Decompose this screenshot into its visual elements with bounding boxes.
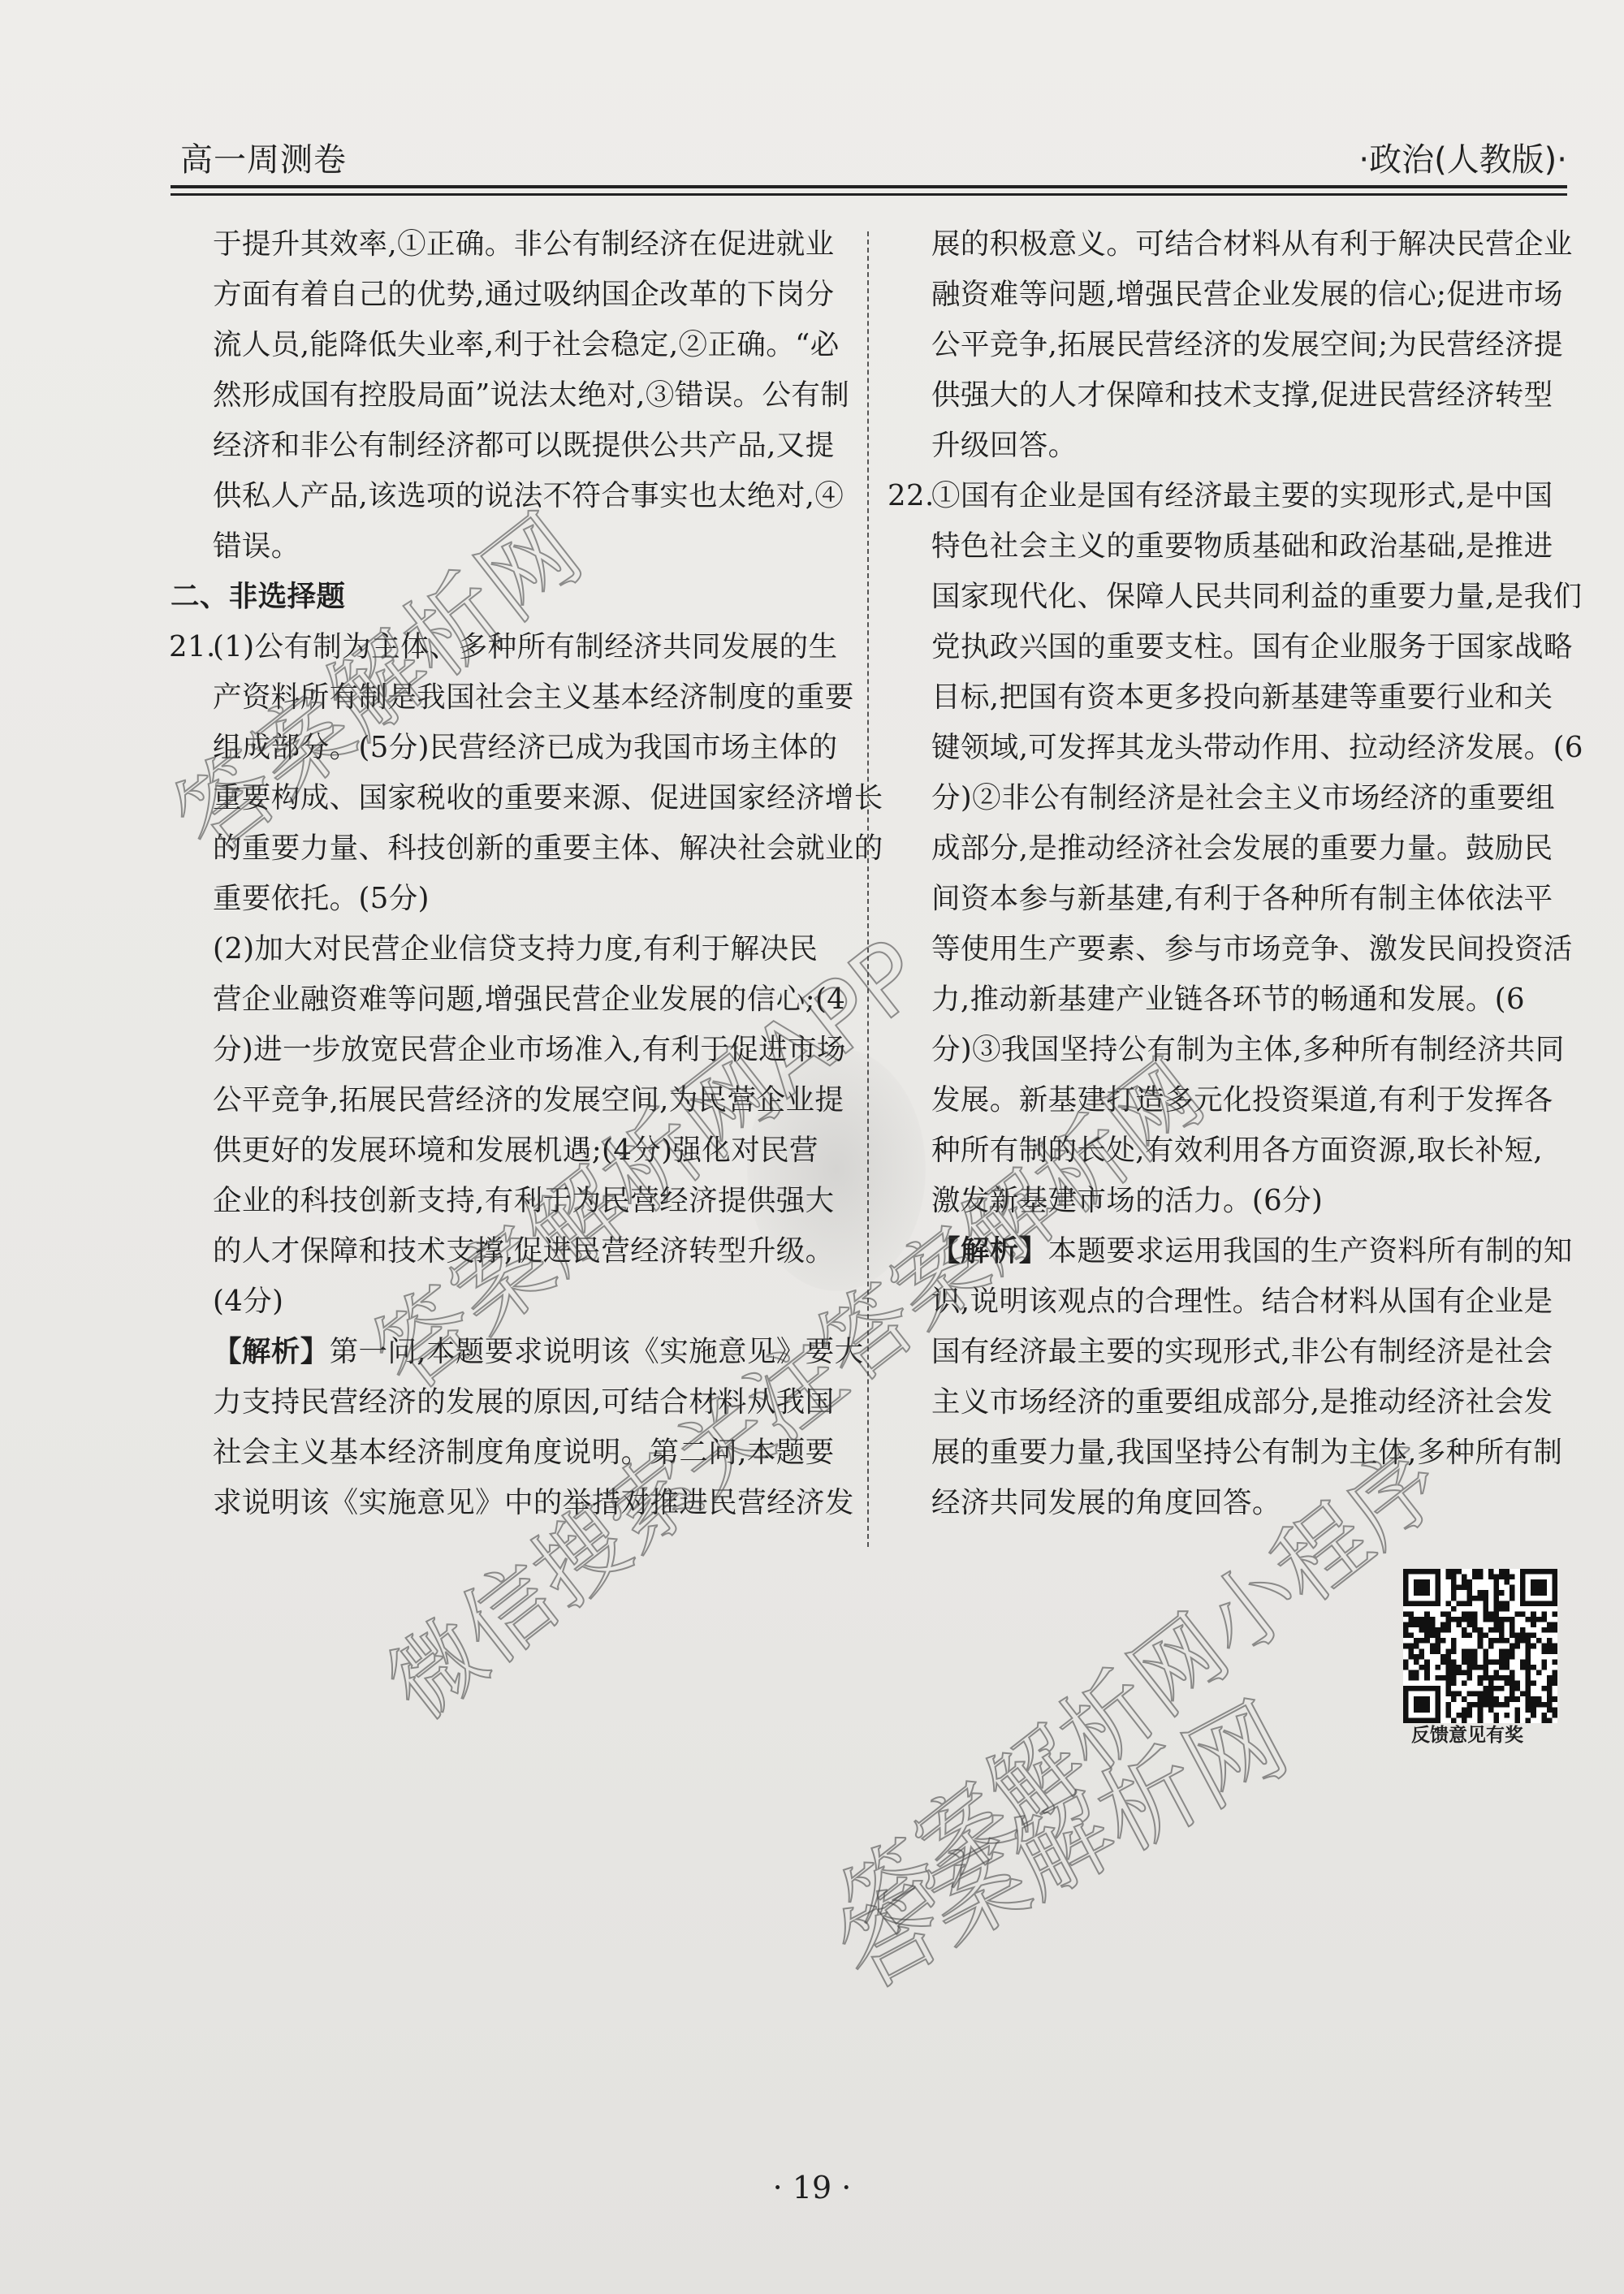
text-line: 国家现代化、保障人民共同利益的重要力量,是我们	[881, 572, 1563, 622]
question-number: 22.	[888, 471, 935, 521]
right-column: 展的积极意义。可结合材料从有利于解决民营企业融资难等问题,增强民营企业发展的信心…	[881, 219, 1563, 1528]
text-line: 种所有制的长处,有效利用各方面资源,取长补短,	[881, 1125, 1563, 1176]
text-line: 分)进一步放宽民营企业市场准入,有利于促进市场	[162, 1025, 844, 1075]
line-text: 本题要求运用我国的生产资料所有制的知	[1048, 1234, 1573, 1268]
left-column: 于提升其效率,①正确。非公有制经济在促进就业方面有着自己的优势,通过吸纳国企改革…	[162, 219, 844, 1528]
text-line: 错误。	[162, 521, 844, 572]
text-line: 展的积极意义。可结合材料从有利于解决民营企业	[881, 219, 1563, 270]
line-text: ①国有企业是国有经济最主要的实现形式,是中国	[931, 479, 1553, 512]
text-line: 展的重要力量,我国坚持公有制为主体,多种所有制	[881, 1428, 1563, 1478]
line-text: 第一问,本题要求说明该《实施意见》要大	[330, 1335, 864, 1368]
text-line: 国有经济最主要的实现形式,非公有制经济是社会	[881, 1327, 1563, 1377]
text-line: 主义市场经济的重要组成部分,是推动经济社会发	[881, 1377, 1563, 1428]
text-line: 然形成国有控股局面”说法太绝对,③错误。公有制	[162, 370, 844, 421]
text-line: 等使用生产要素、参与市场竞争、激发民间投资活	[881, 924, 1563, 974]
text-line: 发展。新基建打造多元化投资渠道,有利于发挥各	[881, 1075, 1563, 1125]
header-title-right: ·政治(人教版)·	[1358, 134, 1567, 180]
text-line: 分)②非公有制经济是社会主义市场经济的重要组	[881, 773, 1563, 823]
text-line: 供更好的发展环境和发展机遇;(4分)强化对民营	[162, 1125, 844, 1176]
text-line: 组成部分。(5分)民营经济已成为我国市场主体的	[162, 723, 844, 773]
text-line: 的重要力量、科技创新的重要主体、解决社会就业的	[162, 823, 844, 874]
text-line: 营企业融资难等问题,增强民营企业发展的信心;(4	[162, 974, 844, 1025]
text-line: 间资本参与新基建,有利于各种所有制主体依法平	[881, 874, 1563, 924]
text-line: 目标,把国有资本更多投向新基建等重要行业和关	[881, 672, 1563, 723]
text-line: 升级回答。	[881, 421, 1563, 471]
qr-caption: 反馈意见有奖	[1411, 1720, 1523, 1747]
question-answer-line: 22.①国有企业是国有经济最主要的实现形式,是中国	[881, 471, 1563, 521]
section-heading: 二、非选择题	[162, 572, 844, 622]
analysis-line: 【解析】本题要求运用我国的生产资料所有制的知	[881, 1226, 1563, 1277]
text-line: 激发新基建市场的活力。(6分)	[881, 1176, 1563, 1226]
text-line: 键领域,可发挥其龙头带动作用、拉动经济发展。(6	[881, 723, 1563, 773]
header-rule-bottom	[171, 193, 1567, 196]
text-line: 分)③我国坚持公有制为主体,多种所有制经济共同	[881, 1025, 1563, 1075]
text-line: 产资料所有制是我国社会主义基本经济制度的重要	[162, 672, 844, 723]
text-line: 经济共同发展的角度回答。	[881, 1478, 1563, 1528]
text-line: 供强大的人才保障和技术支撑,促进民营经济转型	[881, 370, 1563, 421]
text-line: 公平竞争,拓展民营经济的发展空间,为民营企业提	[162, 1075, 844, 1125]
text-line: 企业的科技创新支持,有利于为民营经济提供强大	[162, 1176, 844, 1226]
analysis-label: 【解析】	[931, 1234, 1048, 1268]
text-line: 重要依托。(5分)	[162, 874, 844, 924]
text-line: 成部分,是推动经济社会发展的重要力量。鼓励民	[881, 823, 1563, 874]
text-line: 经济和非公有制经济都可以既提供公共产品,又提	[162, 421, 844, 471]
text-line: 识,说明该观点的合理性。结合材料从国有企业是	[881, 1277, 1563, 1327]
text-line: (2)加大对民营企业信贷支持力度,有利于解决民	[162, 924, 844, 974]
header-rule-top	[171, 185, 1567, 188]
text-line: 融资难等问题,增强民营企业发展的信心;促进市场	[881, 270, 1563, 320]
text-line: 方面有着自己的优势,通过吸纳国企改革的下岗分	[162, 270, 844, 320]
text-line: 社会主义基本经济制度角度说明。第二问,本题要	[162, 1428, 844, 1478]
text-line: 力,推动新基建产业链各环节的畅通和发展。(6	[881, 974, 1563, 1025]
text-line: 求说明该《实施意见》中的举措对推进民营经济发	[162, 1478, 844, 1528]
text-line: 的人才保障和技术支撑,促进民营经济转型升级。	[162, 1226, 844, 1277]
text-line: 流人员,能降低失业率,利于社会稳定,②正确。“必	[162, 320, 844, 370]
page-number: · 19 ·	[0, 2170, 1624, 2205]
header-title-left: 高一周测卷	[180, 134, 347, 180]
text-line: 供私人产品,该选项的说法不符合事实也太绝对,④	[162, 471, 844, 521]
analysis-line: 【解析】第一问,本题要求说明该《实施意见》要大	[162, 1327, 844, 1377]
question-number: 21.	[169, 622, 216, 672]
text-line: 于提升其效率,①正确。非公有制经济在促进就业	[162, 219, 844, 270]
line-text: (1)公有制为主体、多种所有制经济共同发展的生	[213, 630, 838, 663]
text-line: 党执政兴国的重要支柱。国有企业服务于国家战略	[881, 622, 1563, 672]
text-line: 重要构成、国家税收的重要来源、促进国家经济增长	[162, 773, 844, 823]
text-line: (4分)	[162, 1277, 844, 1327]
qr-code[interactable]	[1403, 1569, 1557, 1723]
text-line: 公平竞争,拓展民营经济的发展空间;为民营经济提	[881, 320, 1563, 370]
text-line: 力支持民营经济的发展的原因,可结合材料从我国	[162, 1377, 844, 1428]
question-answer-line: 21.(1)公有制为主体、多种所有制经济共同发展的生	[162, 622, 844, 672]
analysis-label: 【解析】	[213, 1335, 330, 1368]
column-divider	[867, 231, 869, 1547]
text-line: 特色社会主义的重要物质基础和政治基础,是推进	[881, 521, 1563, 572]
